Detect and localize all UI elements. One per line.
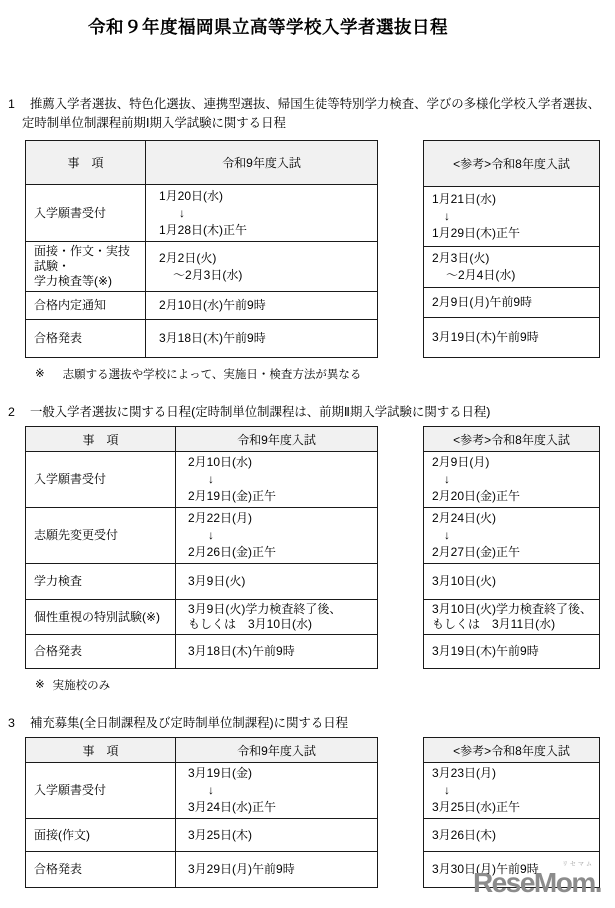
item-cell: 面接・作文・実技試験・ 学力検査等(※) (26, 242, 146, 292)
table-header-row: <参考>令和8年度入試 (424, 141, 600, 187)
arrow-down: ↓ (159, 205, 373, 222)
section-number: 2 (8, 403, 30, 422)
column-header-reference: <参考>令和8年度入試 (424, 141, 600, 187)
note-text: 実施校のみ (53, 677, 111, 693)
page-title: 令和９年度福岡県立高等学校入学者選抜日程 (88, 14, 615, 39)
table-row: 入学願書受付 3月19日(金) ↓ 3月24日(水)正午 (26, 763, 378, 819)
document-page: { "title": "令和９年度福岡県立高等学校入学者選抜日程", "sect… (0, 0, 615, 908)
table-row: 面接・作文・実技試験・ 学力検査等(※) 2月2日(火) ～2月3日(水) (26, 242, 378, 292)
schedule-table-current-year: 事 項 令和9年度入試 入学願書受付 1月20日(水) ↓ 1月28日(木)正午… (25, 140, 378, 358)
date-cell: 3月29日(月)午前9時 (176, 852, 378, 888)
reference-table-previous-year: <参考>令和8年度入試 2月9日(月) ↓ 2月20日(金)正午 2月24日(火… (423, 426, 600, 669)
table-row: 2月9日(月) ↓ 2月20日(金)正午 (424, 452, 600, 508)
ref-date-cell: 3月19日(木)午前9時 (424, 317, 600, 357)
date-cell: 2月10日(水)午前9時 (146, 292, 378, 320)
section-1: 1 推薦入学者選抜、特色化選抜、連携型選抜、帰国生徒等特別学力検査、学びの多様化… (0, 95, 615, 382)
note-text: 志願する選抜や学校によって、実施日・検査方法が異なる (63, 366, 362, 382)
arrow-down: ↓ (188, 782, 373, 799)
resemom-logo-text: ReseMom. (473, 867, 601, 898)
arrow-down: ↓ (432, 782, 596, 799)
arrow-down: ↓ (432, 208, 596, 225)
section-heading-line: 一般入学者選抜に関する日程(定時制単位制課程は、前期Ⅱ期入学試験に関する日程) (30, 403, 490, 422)
table-row: 1月21日(水) ↓ 1月29日(木)正午 (424, 187, 600, 247)
date-cell: 3月18日(木)午前9時 (176, 635, 378, 669)
item-cell: 志願先変更受付 (26, 508, 176, 564)
table-row: 合格発表 3月29日(月)午前9時 (26, 852, 378, 888)
section-2-tables: 事 項 令和9年度入試 入学願書受付 2月10日(水) ↓ 2月19日(金)正午… (25, 426, 615, 669)
ref-date-cell: 2月24日(火) ↓ 2月27日(金)正午 (424, 508, 600, 564)
table-row: 合格発表 3月18日(木)午前9時 (26, 320, 378, 358)
item-cell: 合格発表 (26, 320, 146, 358)
table-header-row: 事 項 令和9年度入試 (26, 141, 378, 185)
ref-date-cell: 3月26日(木) (424, 819, 600, 852)
table-gap (378, 426, 423, 669)
column-header-item: 事 項 (26, 738, 176, 763)
table-row: 個性重視の特別試験(※) 3月9日(火)学力検査終了後、 もしくは 3月10日(… (26, 600, 378, 635)
item-cell: 入学願書受付 (26, 452, 176, 508)
arrow-down: ↓ (188, 527, 373, 544)
section-3-heading: 3 補充募集(全日制課程及び定時制単位制課程)に関する日程 (0, 714, 615, 733)
schedule-table-current-year: 事 項 令和9年度入試 入学願書受付 2月10日(水) ↓ 2月19日(金)正午… (25, 426, 378, 669)
ref-date-cell: 3月10日(火) (424, 564, 600, 600)
section-1-tables: 事 項 令和9年度入試 入学願書受付 1月20日(水) ↓ 1月28日(木)正午… (25, 140, 615, 358)
section-1-heading: 1 推薦入学者選抜、特色化選抜、連携型選抜、帰国生徒等特別学力検査、学びの多様化… (0, 95, 615, 133)
item-cell: 入学願書受付 (26, 763, 176, 819)
table-row: 3月19日(木)午前9時 (424, 317, 600, 357)
item-cell: 面接(作文) (26, 819, 176, 852)
column-header-reference: <参考>令和8年度入試 (424, 427, 600, 452)
section-heading-line: 定時制単位制課程前期Ⅰ期入学試験に関する日程 (22, 114, 600, 133)
ref-date-cell: 2月9日(月)午前9時 (424, 288, 600, 317)
item-cell: 合格内定通知 (26, 292, 146, 320)
ref-date-cell: 1月21日(水) ↓ 1月29日(木)正午 (424, 187, 600, 247)
table-header-row: 事 項 令和9年度入試 (26, 427, 378, 452)
section-2-note: ※ 実施校のみ (35, 677, 615, 693)
table-row: 2月3日(火) ～2月4日(水) (424, 247, 600, 288)
ref-date-cell: 3月19日(木)午前9時 (424, 635, 600, 669)
schedule-table-current-year: 事 項 令和9年度入試 入学願書受付 3月19日(金) ↓ 3月24日(水)正午… (25, 737, 378, 888)
table-header-row: <参考>令和8年度入試 (424, 427, 600, 452)
section-2: 2 一般入学者選抜に関する日程(定時制単位制課程は、前期Ⅱ期入学試験に関する日程… (0, 403, 615, 693)
section-number: 3 (8, 714, 30, 733)
ref-date-cell: 2月3日(火) ～2月4日(水) (424, 247, 600, 288)
table-gap (378, 140, 423, 358)
section-1-note: ※ 志願する選抜や学校によって、実施日・検査方法が異なる (35, 366, 615, 382)
resemom-logo: リセマム ReseMom. (473, 862, 601, 897)
column-header-current: 令和9年度入試 (176, 738, 378, 763)
arrow-down: ↓ (432, 471, 596, 488)
arrow-down: ↓ (432, 527, 596, 544)
date-cell: 2月22日(月) ↓ 2月26日(金)正午 (176, 508, 378, 564)
date-cell: 3月9日(火)学力検査終了後、 もしくは 3月10日(水) (176, 600, 378, 635)
ref-date-cell: 2月9日(月) ↓ 2月20日(金)正午 (424, 452, 600, 508)
table-row: 面接(作文) 3月25日(木) (26, 819, 378, 852)
note-marker: ※ (35, 677, 45, 693)
table-row: 3月26日(木) (424, 819, 600, 852)
note-marker: ※ (35, 366, 45, 382)
item-cell: 学力検査 (26, 564, 176, 600)
table-row: 入学願書受付 1月20日(水) ↓ 1月28日(木)正午 (26, 185, 378, 242)
table-row: 合格発表 3月18日(木)午前9時 (26, 635, 378, 669)
column-header-item: 事 項 (26, 141, 146, 185)
date-cell: 3月18日(木)午前9時 (146, 320, 378, 358)
date-cell: 3月19日(金) ↓ 3月24日(水)正午 (176, 763, 378, 819)
section-heading-line: 補充募集(全日制課程及び定時制単位制課程)に関する日程 (30, 714, 348, 733)
date-cell: 2月2日(火) ～2月3日(水) (146, 242, 378, 292)
table-row: 3月19日(木)午前9時 (424, 635, 600, 669)
item-cell: 個性重視の特別試験(※) (26, 600, 176, 635)
table-header-row: <参考>令和8年度入試 (424, 738, 600, 763)
table-row: 2月24日(火) ↓ 2月27日(金)正午 (424, 508, 600, 564)
table-row: 3月10日(火) (424, 564, 600, 600)
item-cell: 合格発表 (26, 635, 176, 669)
column-header-item: 事 項 (26, 427, 176, 452)
section-heading-line: 推薦入学者選抜、特色化選抜、連携型選抜、帰国生徒等特別学力検査、学びの多様化学校… (30, 95, 600, 114)
table-row: 2月9日(月)午前9時 (424, 288, 600, 317)
date-cell: 2月10日(水) ↓ 2月19日(金)正午 (176, 452, 378, 508)
section-2-heading: 2 一般入学者選抜に関する日程(定時制単位制課程は、前期Ⅱ期入学試験に関する日程… (0, 403, 615, 422)
item-cell: 合格発表 (26, 852, 176, 888)
column-header-current: 令和9年度入試 (176, 427, 378, 452)
date-cell: 1月20日(水) ↓ 1月28日(木)正午 (146, 185, 378, 242)
table-row: 入学願書受付 2月10日(水) ↓ 2月19日(金)正午 (26, 452, 378, 508)
item-cell: 入学願書受付 (26, 185, 146, 242)
table-row: 志願先変更受付 2月22日(月) ↓ 2月26日(金)正午 (26, 508, 378, 564)
table-row: 合格内定通知 2月10日(水)午前9時 (26, 292, 378, 320)
table-gap (378, 737, 423, 888)
table-row: 3月23日(月) ↓ 3月25日(水)正午 (424, 763, 600, 819)
date-cell: 3月25日(木) (176, 819, 378, 852)
date-cell: 3月9日(火) (176, 564, 378, 600)
table-row: 3月10日(火)学力検査終了後、 もしくは 3月11日(水) (424, 600, 600, 635)
column-header-reference: <参考>令和8年度入試 (424, 738, 600, 763)
table-row: 学力検査 3月9日(火) (26, 564, 378, 600)
ref-date-cell: 3月10日(火)学力検査終了後、 もしくは 3月11日(水) (424, 600, 600, 635)
ref-date-cell: 3月23日(月) ↓ 3月25日(水)正午 (424, 763, 600, 819)
reference-table-previous-year: <参考>令和8年度入試 1月21日(水) ↓ 1月29日(木)正午 2月3日(火… (423, 140, 600, 358)
column-header-current: 令和9年度入試 (146, 141, 378, 185)
arrow-down: ↓ (188, 471, 373, 488)
table-header-row: 事 項 令和9年度入試 (26, 738, 378, 763)
